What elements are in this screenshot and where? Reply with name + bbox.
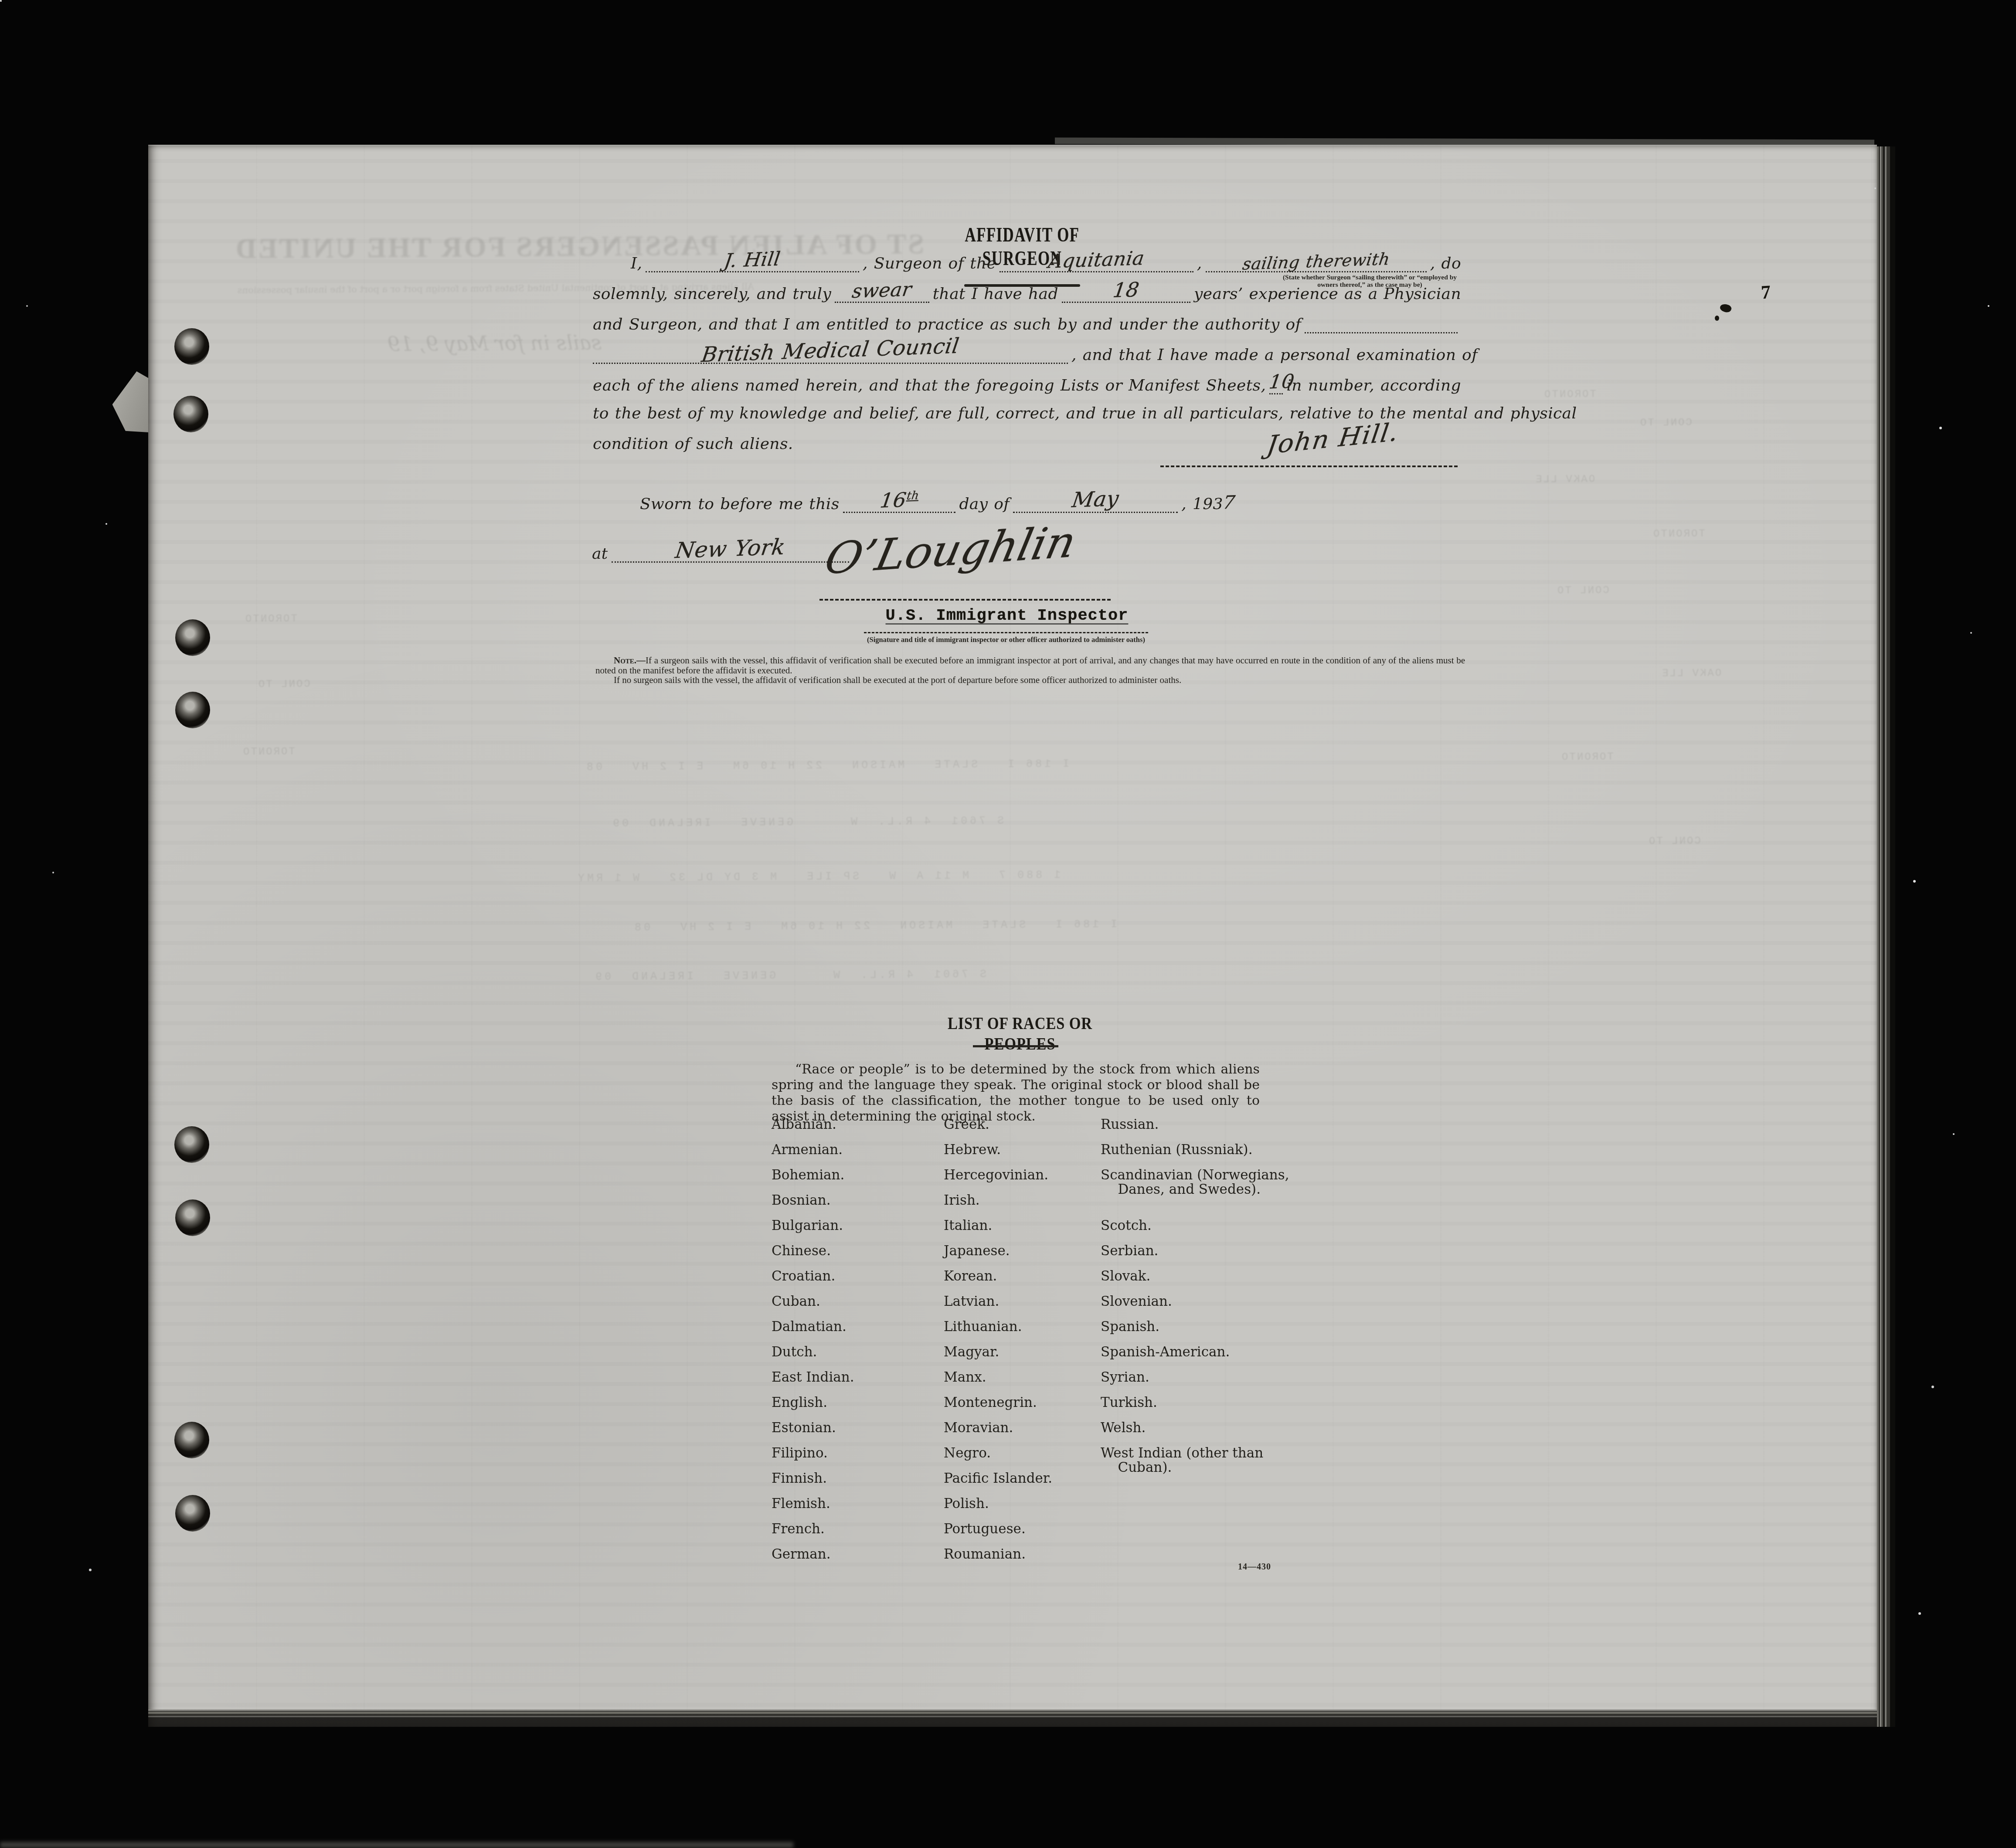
bleedthrough-row: I 186 I SLATE MAISON 22 H 10 6M E I 2 HV…	[584, 758, 1069, 774]
race-item: Dalmatian.	[772, 1320, 944, 1345]
race-row: Dutch.Magyar.Spanish-American.	[772, 1345, 1382, 1370]
race-item: Finnish.	[772, 1471, 944, 1497]
printed-text: ,	[1197, 255, 1202, 272]
race-row: Flemish.Polish.	[772, 1497, 1382, 1522]
ink-blot	[1719, 302, 1733, 314]
race-item: Spanish.	[1101, 1320, 1371, 1345]
sworn-line: Sworn to before me this 16th day of May …	[640, 492, 1235, 513]
printed-text: , and that I have made a personal examin…	[1071, 346, 1478, 364]
race-row: French.Portuguese.	[772, 1522, 1382, 1547]
note-paragraph-2: If no surgeon sails with the vessel, the…	[595, 675, 1465, 685]
bleedthrough-row: S 7601 4 R.L. W GENEVE IRELAND 09	[593, 968, 986, 983]
race-item: Latvian.	[944, 1294, 1101, 1320]
race-item: Armenian.	[772, 1143, 944, 1168]
bleedthrough-row: 1 880 7 M 11 A W SP ILE M 3 DY DL 32 W 1…	[575, 869, 1061, 885]
handwritten-sheet-count: 10	[1268, 370, 1285, 393]
races-intro: “Race or people” is to be determined by …	[772, 1062, 1260, 1124]
bleedthrough-word: TORONTO	[1652, 528, 1705, 540]
printed-text: , Surgeon of the	[863, 255, 996, 272]
punch-hole	[175, 1199, 210, 1236]
ink-blot-small	[1715, 316, 1719, 321]
scanned-document-canvas: ST OF ALIEN PASSENGERS FOR THE UNITED Al…	[0, 0, 2016, 1848]
name-blank: J. Hill	[646, 252, 859, 272]
printed-text: at	[592, 545, 608, 563]
inspector-signature: O’Loughlin	[820, 516, 1081, 584]
printed-text: and Surgeon, and that I am entitled to p…	[593, 316, 1301, 333]
bleedthrough-word: CONL TO	[257, 679, 310, 691]
swear-blank: swear	[835, 282, 929, 303]
day-blank: 16th	[843, 493, 956, 513]
printed-text: each of the aliens named herein, and tha…	[593, 377, 1266, 394]
race-row: East Indian.Manx.Syrian.	[772, 1370, 1382, 1396]
sheet-count-blank: 10	[1269, 374, 1283, 394]
race-item: Scandinavian (Norwegians, Danes, and Swe…	[1101, 1168, 1371, 1197]
form-number: 14—430	[1238, 1562, 1271, 1572]
bleedthrough-row: I 186 I SLATE MAISON 22 H 10 6M E I 2 HV…	[632, 918, 1117, 934]
dust-specks	[0, 0, 2, 2]
race-item: Roumanian.	[944, 1547, 1101, 1573]
at-line: at New York	[592, 542, 853, 563]
printed-text: , 193	[1181, 495, 1223, 513]
punch-hole	[174, 328, 209, 365]
race-item-empty	[1101, 1193, 1371, 1219]
printed-text: in number, according	[1286, 377, 1461, 394]
bleedthrough-word: TORONTO	[1560, 751, 1614, 764]
race-row: Filipino.Negro.West Indian (other than C…	[772, 1446, 1382, 1471]
printed-text: years’ experience as a Physician	[1194, 285, 1461, 303]
race-item: Albanian.	[772, 1118, 944, 1143]
punch-hole	[175, 619, 210, 656]
bleedthrough-word: TORONTO	[242, 746, 295, 758]
race-item: Pacific Islander.	[944, 1471, 1101, 1497]
affidavit-line-4: British Medical Council , and that I hav…	[593, 343, 1461, 364]
race-item: Welsh.	[1101, 1421, 1371, 1446]
race-item: Hebrew.	[944, 1143, 1101, 1168]
race-item: Estonian.	[772, 1421, 944, 1446]
handwritten-years: 18	[1060, 276, 1193, 304]
race-item: Slovenian.	[1101, 1294, 1371, 1320]
printed-text: that I have had	[933, 285, 1058, 303]
race-item: Korean.	[944, 1269, 1101, 1294]
handwritten-place: New York	[609, 532, 851, 566]
race-item: Chinese.	[772, 1244, 944, 1269]
bleedthrough-handwriting: sails in for May 9, 19	[209, 331, 602, 357]
handwritten-year-digit: 7	[1221, 492, 1236, 513]
race-item: Greek.	[944, 1118, 1101, 1143]
race-item: Bosnian.	[772, 1193, 944, 1219]
race-item-empty	[1101, 1547, 1371, 1573]
race-row: Bosnian.Irish.	[772, 1193, 1382, 1219]
surgeon-signature-line	[1160, 465, 1458, 467]
race-row: Bulgarian.Italian.Scotch.	[772, 1219, 1382, 1244]
note-block: Note.—If a surgeon sails with the vessel…	[595, 656, 1465, 685]
inspector-title: U.S. Immigrant Inspector	[881, 607, 1133, 625]
race-row: Chinese.Japanese.Serbian.	[772, 1244, 1382, 1269]
printed-text: to the best of my knowledge and belief, …	[593, 404, 1577, 422]
authority-blank-tail	[1305, 313, 1458, 333]
race-item: Irish.	[944, 1193, 1101, 1219]
race-item: Manx.	[944, 1370, 1101, 1396]
affidavit-line-7: condition of such aliens.	[593, 435, 793, 453]
race-item: Croatian.	[772, 1269, 944, 1294]
printed-text: , do	[1430, 255, 1461, 272]
race-row: Dalmatian.Lithuanian.Spanish.	[772, 1320, 1382, 1345]
race-item: Italian.	[944, 1219, 1101, 1244]
handwritten-sailing-therewith: sailing therewith	[1203, 248, 1428, 275]
handwritten-swear: swear	[833, 278, 931, 303]
race-row: Bohemian.Hercegovinian.Scandinavian (Nor…	[772, 1168, 1382, 1193]
race-row: Estonian.Moravian.Welsh.	[772, 1421, 1382, 1446]
race-row: Armenian.Hebrew.Ruthenian (Russniak).	[772, 1143, 1382, 1168]
race-item: English.	[772, 1396, 944, 1421]
sailing-blank: sailing therewith	[1206, 252, 1427, 272]
manifest-page: ST OF ALIEN PASSENGERS FOR THE UNITED Al…	[148, 145, 1877, 1727]
printed-text: solemnly, sincerely, and truly	[593, 285, 831, 303]
race-item: East Indian.	[772, 1370, 944, 1396]
scanner-bed-edge	[0, 1842, 793, 1848]
race-item: Flemish.	[772, 1497, 944, 1522]
race-item: Moravian.	[944, 1421, 1101, 1446]
years-blank: 18	[1062, 282, 1190, 303]
race-item: Lithuanian.	[944, 1320, 1101, 1345]
race-row: Cuban.Latvian.Slovenian.	[772, 1294, 1382, 1320]
race-item: Cuban.	[772, 1294, 944, 1320]
punch-hole	[173, 396, 208, 432]
race-row: Finnish.Pacific Islander.	[772, 1471, 1382, 1497]
race-item: Turkish.	[1101, 1396, 1371, 1421]
race-item: Magyar.	[944, 1345, 1101, 1370]
bleedthrough-word: CONL TO	[1556, 585, 1609, 597]
bleedthrough-word: TORONTO	[244, 613, 297, 625]
printed-text: Sworn to before me this	[640, 495, 840, 513]
race-item: West Indian (other than Cuban).	[1101, 1446, 1371, 1475]
affidavit-line-6: to the best of my knowledge and belief, …	[593, 404, 1461, 422]
bleedthrough-word: CONL TO	[1639, 417, 1692, 429]
note-label: Note.—	[614, 655, 646, 666]
page-stack-right-edge	[1877, 146, 1895, 1727]
race-item: Serbian.	[1101, 1244, 1371, 1269]
page-number: 7	[1761, 280, 1788, 303]
race-item: Syrian.	[1101, 1370, 1371, 1396]
race-row: English.Montenegrin.Turkish.	[772, 1396, 1382, 1421]
affidavit-line-1: I, J. Hill , Surgeon of the Aquitania , …	[631, 252, 1461, 272]
place-blank: New York	[612, 542, 849, 563]
race-item: Montenegrin.	[944, 1396, 1101, 1421]
race-item: Japanese.	[944, 1244, 1101, 1269]
printed-text: condition of such aliens.	[593, 435, 793, 453]
surgeon-signature: John Hill.	[1265, 417, 1401, 460]
month-blank: May	[1013, 493, 1178, 513]
race-item: German.	[772, 1547, 944, 1573]
bleedthrough-word: OAKV LLE	[1661, 668, 1721, 680]
race-item: Dutch.	[772, 1345, 944, 1370]
bleedthrough-word: TORONTO	[1543, 389, 1596, 401]
inspector-title-fineprint: (Signature and title of immigrant inspec…	[845, 635, 1167, 644]
printed-text: day of	[959, 495, 1010, 513]
race-item: Bulgarian.	[772, 1219, 944, 1244]
bleedthrough-row: S 7601 4 R.L. W GENEVE IRELAND 09	[610, 815, 1004, 830]
race-item: Scotch.	[1101, 1219, 1371, 1244]
race-item: Slovak.	[1101, 1269, 1371, 1294]
race-row: German.Roumanian.	[772, 1547, 1382, 1573]
handwritten-authority: British Medical Council	[590, 330, 1071, 371]
race-item: Portuguese.	[944, 1522, 1101, 1547]
inspector-title-rule	[864, 632, 1148, 633]
races-table: Albanian.Greek.Russian.Armenian.Hebrew.R…	[772, 1118, 1382, 1573]
bleedthrough-word: CONL TO	[1648, 836, 1701, 848]
affidavit-line-3: and Surgeon, and that I am entitled to p…	[593, 313, 1461, 333]
punch-hole	[175, 1495, 210, 1532]
race-item-empty	[1101, 1497, 1371, 1522]
bleedthrough-word: OAKV LLE	[1534, 474, 1595, 486]
punch-hole	[174, 1422, 209, 1458]
note-paragraph-1: Note.—If a surgeon sails with the vessel…	[595, 656, 1465, 675]
affidavit-line-2: solemnly, sincerely, and truly swear tha…	[593, 282, 1461, 303]
affidavit-line-5: each of the aliens named herein, and tha…	[593, 374, 1461, 394]
handwritten-day: 16th	[841, 486, 958, 514]
race-item: Ruthenian (Russniak).	[1101, 1143, 1371, 1168]
race-item: French.	[772, 1522, 944, 1547]
race-item: Polish.	[944, 1497, 1101, 1522]
printed-text: I,	[631, 255, 642, 272]
inspector-signature-line	[819, 599, 1111, 601]
races-title: LIST OF RACES OR PEOPLES	[941, 1013, 1098, 1054]
ship-blank: Aquitania	[1000, 252, 1193, 272]
race-item: Spanish-American.	[1101, 1345, 1371, 1370]
races-title-rule	[973, 1045, 1058, 1047]
punch-hole	[174, 1126, 209, 1163]
authority-blank: British Medical Council	[593, 343, 1068, 364]
punch-hole	[175, 692, 210, 728]
race-item-empty	[1101, 1471, 1371, 1497]
race-row: Albanian.Greek.Russian.	[772, 1118, 1382, 1143]
race-item-empty	[1101, 1522, 1371, 1547]
race-row: Croatian.Korean.Slovak.	[772, 1269, 1382, 1294]
handwritten-month: May	[1011, 484, 1180, 514]
race-item: Russian.	[1101, 1118, 1371, 1143]
